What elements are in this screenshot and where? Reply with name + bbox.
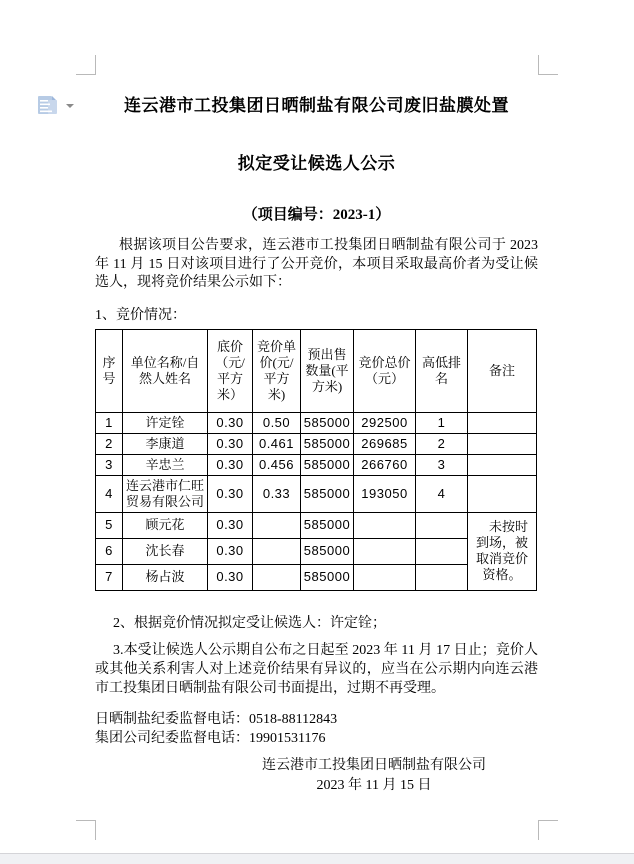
cell-unit-price xyxy=(253,564,301,590)
cell-total-price xyxy=(354,564,416,590)
cell-base-price: 0.30 xyxy=(208,433,253,454)
signature-date: 2023 年 11 月 15 日 xyxy=(210,776,538,796)
section2-paragraph: 2、根据竞价情况拟定受让候选人：许定铨； xyxy=(95,614,538,633)
cell-rank: 4 xyxy=(416,475,468,512)
document-title-line2: 拟定受让候选人公示 xyxy=(95,153,538,175)
cell-total-price: 266760 xyxy=(354,454,416,475)
cell-base-price: 0.30 xyxy=(208,564,253,590)
header-remark: 备注 xyxy=(468,329,537,412)
cell-base-price: 0.30 xyxy=(208,538,253,564)
cell-serial: 3 xyxy=(96,454,123,475)
cell-quantity: 585000 xyxy=(301,412,354,433)
supervision-phone-2: 集团公司纪委监督电话：19901531176 xyxy=(95,729,538,748)
chevron-down-icon xyxy=(66,104,74,108)
header-serial: 序号 xyxy=(96,329,123,412)
cell-unit-price: 0.456 xyxy=(253,454,301,475)
cell-unit-price: 0.33 xyxy=(253,475,301,512)
cell-rank: 3 xyxy=(416,454,468,475)
cell-base-price: 0.30 xyxy=(208,475,253,512)
section1-heading: 1、竞价情况： xyxy=(95,306,538,325)
margin-crop-mark-top-right xyxy=(538,55,558,75)
margin-crop-mark-top-left xyxy=(76,55,96,75)
cell-base-price: 0.30 xyxy=(208,454,253,475)
cell-serial: 2 xyxy=(96,433,123,454)
page-gap xyxy=(0,853,634,864)
table-row: 3 辛忠兰 0.30 0.456 585000 266760 3 xyxy=(96,454,537,475)
header-quantity: 预出售数量(平方米) xyxy=(301,329,354,412)
cell-quantity: 585000 xyxy=(301,475,354,512)
cell-remark xyxy=(468,475,537,512)
cell-total-price xyxy=(354,512,416,538)
margin-crop-mark-bottom-right xyxy=(538,820,558,840)
cell-unit-price xyxy=(253,512,301,538)
cell-quantity: 585000 xyxy=(301,433,354,454)
header-total-price: 竞价总价（元） xyxy=(354,329,416,412)
cell-total-price: 292500 xyxy=(354,412,416,433)
document-page: 连云港市工投集团日晒制盐有限公司废旧盐膜处置 拟定受让候选人公示 （项目编号：2… xyxy=(0,0,634,864)
table-header-row: 序号 单位名称/自然人姓名 底价（元/平方米） 竞价单价(元/平方米) 预出售数… xyxy=(96,329,537,412)
table-row: 5 顾元花 0.30 585000 未按时到场，被取消竞价资格。 xyxy=(96,512,537,538)
cell-name: 顾元花 xyxy=(123,512,208,538)
cell-serial: 1 xyxy=(96,412,123,433)
cell-remark xyxy=(468,454,537,475)
document-content: 连云港市工投集团日晒制盐有限公司废旧盐膜处置 拟定受让候选人公示 （项目编号：2… xyxy=(95,75,538,796)
header-unit-price: 竞价单价(元/平方米) xyxy=(253,329,301,412)
project-number: （项目编号：2023-1） xyxy=(95,205,538,225)
cell-name: 杨占波 xyxy=(123,564,208,590)
signature-block: 连云港市工投集团日晒制盐有限公司 2023 年 11 月 15 日 xyxy=(210,756,538,796)
cell-remark-merged: 未按时到场，被取消竞价资格。 xyxy=(468,512,537,590)
clipboard-paste-icon xyxy=(35,95,63,119)
table-row: 4 连云港市仁旺贸易有限公司 0.30 0.33 585000 193050 4 xyxy=(96,475,537,512)
cell-name: 沈长春 xyxy=(123,538,208,564)
cell-serial: 7 xyxy=(96,564,123,590)
bid-results-table: 序号 单位名称/自然人姓名 底价（元/平方米） 竞价单价(元/平方米) 预出售数… xyxy=(95,329,537,591)
cell-rank xyxy=(416,538,468,564)
cell-rank xyxy=(416,512,468,538)
cell-unit-price xyxy=(253,538,301,564)
document-title-line1: 连云港市工投集团日晒制盐有限公司废旧盐膜处置 xyxy=(95,95,538,117)
cell-unit-price: 0.50 xyxy=(253,412,301,433)
margin-crop-mark-bottom-left xyxy=(76,820,96,840)
cell-quantity: 585000 xyxy=(301,538,354,564)
cell-name: 连云港市仁旺贸易有限公司 xyxy=(123,475,208,512)
cell-name: 许定铨 xyxy=(123,412,208,433)
cell-base-price: 0.30 xyxy=(208,412,253,433)
cell-total-price: 269685 xyxy=(354,433,416,454)
cell-quantity: 585000 xyxy=(301,564,354,590)
cell-quantity: 585000 xyxy=(301,454,354,475)
cell-name: 李康道 xyxy=(123,433,208,454)
cell-serial: 6 xyxy=(96,538,123,564)
cell-unit-price: 0.461 xyxy=(253,433,301,454)
cell-total-price xyxy=(354,538,416,564)
header-name: 单位名称/自然人姓名 xyxy=(123,329,208,412)
cell-serial: 5 xyxy=(96,512,123,538)
table-row: 2 李康道 0.30 0.461 585000 269685 2 xyxy=(96,433,537,454)
signature-company: 连云港市工投集团日晒制盐有限公司 xyxy=(210,756,538,776)
cell-quantity: 585000 xyxy=(301,512,354,538)
supervision-phone-1: 日晒制盐纪委监督电话：0518-88112843 xyxy=(95,710,538,729)
cell-total-price: 193050 xyxy=(354,475,416,512)
cell-name: 辛忠兰 xyxy=(123,454,208,475)
intro-paragraph: 根据该项目公告要求，连云港市工投集团日晒制盐有限公司于 2023 年 11 月 … xyxy=(95,237,538,293)
header-base-price: 底价（元/平方米） xyxy=(208,329,253,412)
section3-paragraph: 3.本受让候选人公示期自公布之日起至 2023 年 11 月 17 日止；竞价人… xyxy=(95,641,538,698)
cell-remark xyxy=(468,412,537,433)
paste-options-button[interactable] xyxy=(35,95,77,119)
table-row: 1 许定铨 0.30 0.50 585000 292500 1 xyxy=(96,412,537,433)
cell-rank: 2 xyxy=(416,433,468,454)
cell-rank xyxy=(416,564,468,590)
cell-remark xyxy=(468,433,537,454)
cell-base-price: 0.30 xyxy=(208,512,253,538)
header-rank: 高低排名 xyxy=(416,329,468,412)
cell-rank: 1 xyxy=(416,412,468,433)
cell-serial: 4 xyxy=(96,475,123,512)
